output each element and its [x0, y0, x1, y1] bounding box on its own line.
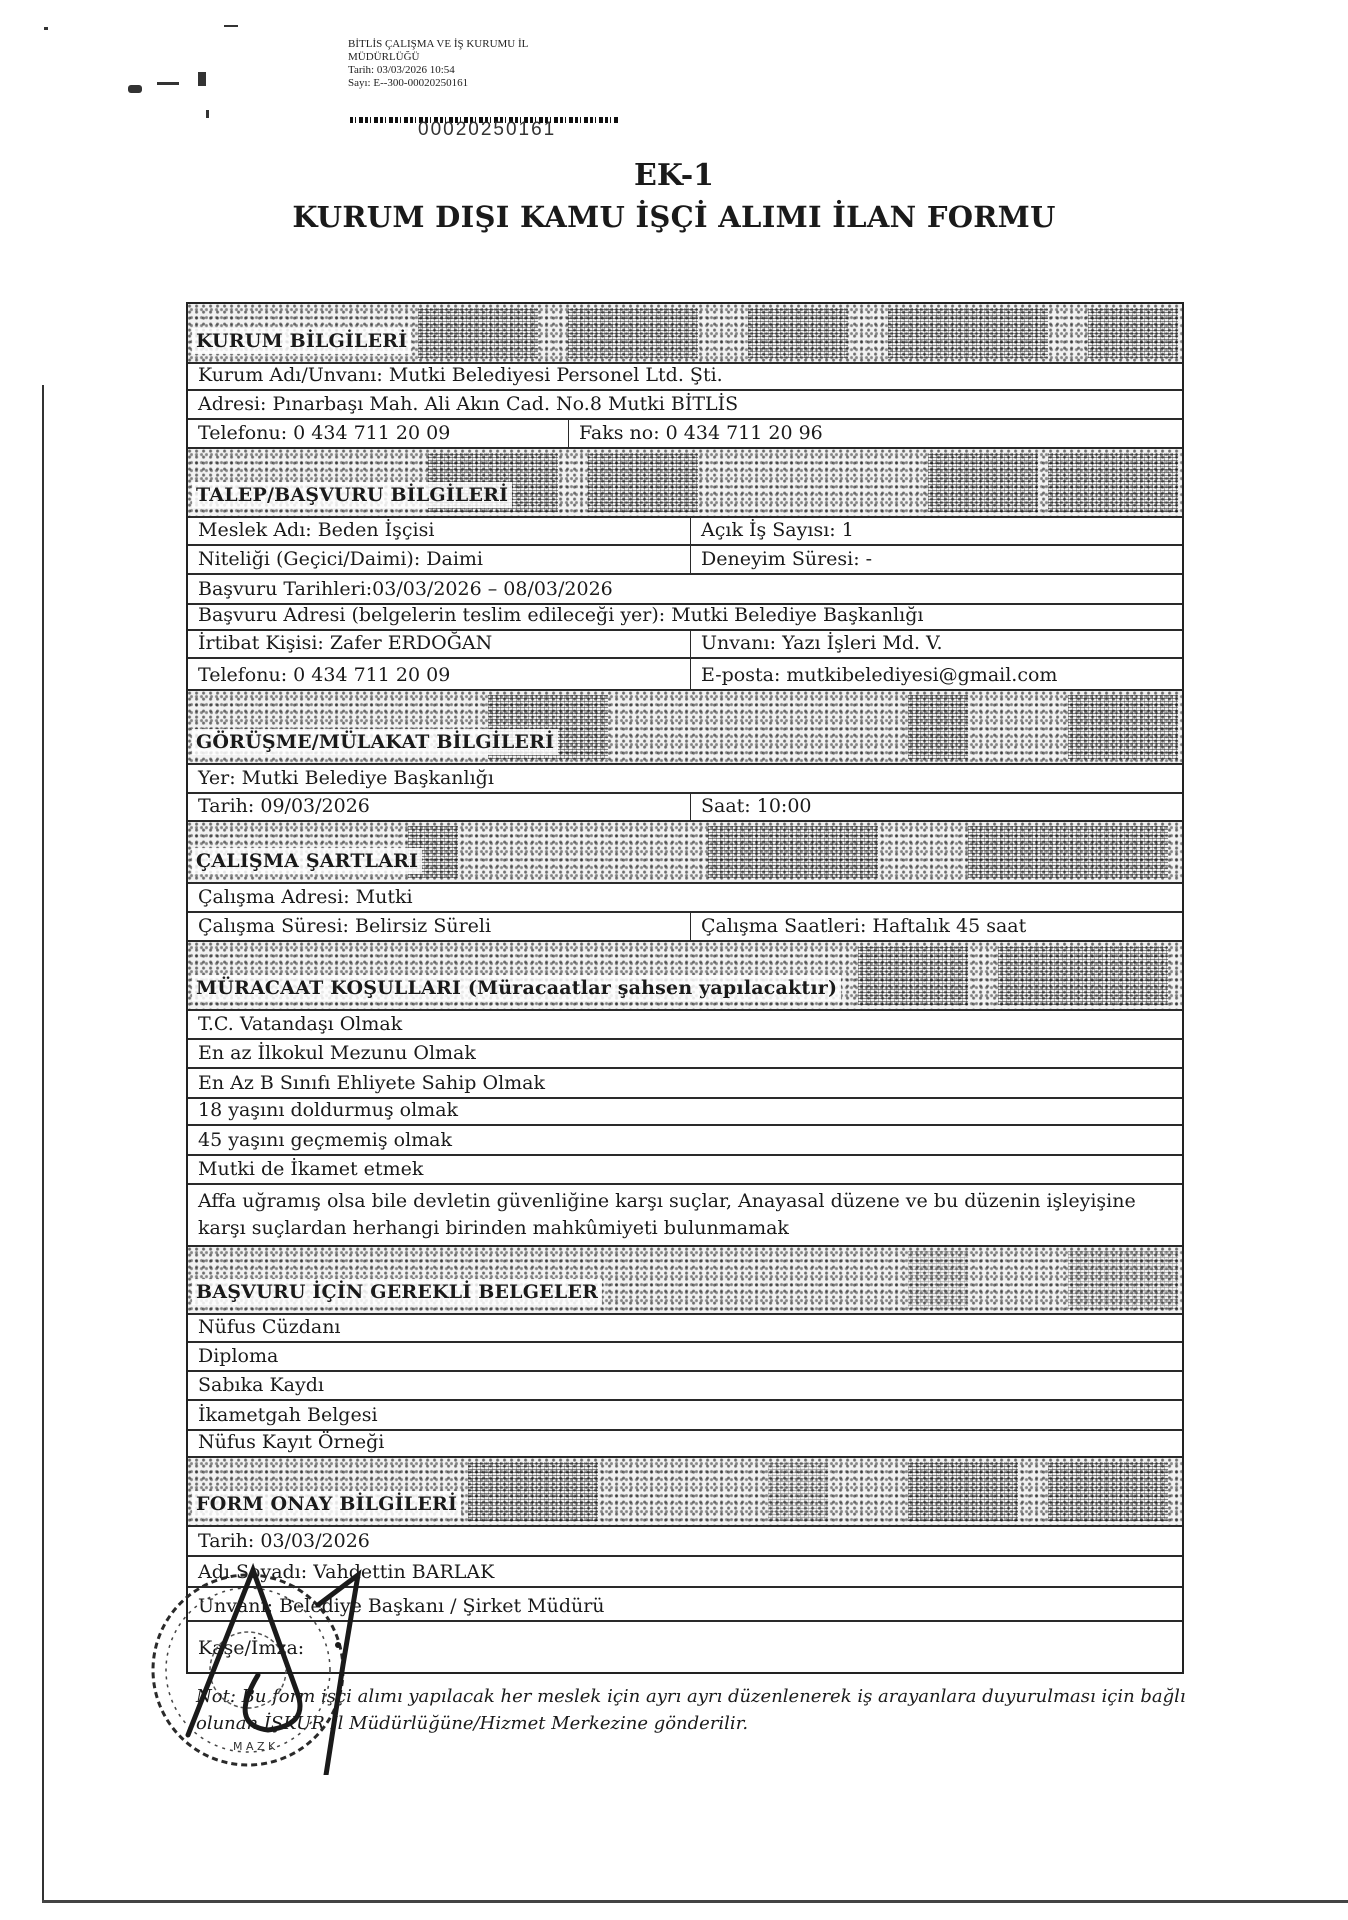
- form-row: Telefonu: 0 434 711 20 09 Faks no: 0 434…: [188, 420, 1182, 449]
- application-dates: Başvuru Tarihleri:03/03/2026 – 08/03/202…: [188, 575, 1182, 603]
- scan-mark: [224, 25, 238, 27]
- form-title: KURUM DIŞI KAMU İŞÇİ ALIMI İLAN FORMU: [0, 200, 1348, 234]
- official-seal-icon: M A Z K: [148, 1545, 378, 1775]
- interview-time: Saat: 10:00: [690, 794, 1182, 820]
- annex-title: EK-1: [0, 158, 1348, 193]
- form-row: Meslek Adı: Beden İşçisi Açık İş Sayısı:…: [188, 518, 1182, 546]
- document-item: Sabıka Kaydı: [188, 1372, 1182, 1399]
- page-border-bottom: [42, 1900, 1348, 1903]
- condition-row: 18 yaşını doldurmuş olmak: [188, 1099, 1182, 1126]
- stamp-number: Sayı: E--300-00020250161: [348, 77, 668, 90]
- open-positions: Açık İş Sayısı: 1: [690, 518, 1182, 544]
- stamp-date: Tarih: 03/03/2026 10:54: [348, 64, 668, 77]
- form-row: İrtibat Kişisi: Zafer ERDOĞAN Unvanı: Ya…: [188, 631, 1182, 659]
- scan-mark: [44, 27, 48, 30]
- document-row: Nüfus Kayıt Örneği: [188, 1431, 1182, 1458]
- section-title: BAŞVURU İÇİN GEREKLİ BELGELER: [192, 1279, 602, 1305]
- interview-date: Tarih: 09/03/2026: [188, 794, 690, 820]
- scan-mark: [157, 82, 179, 85]
- condition-row: Mutki de İkamet etmek: [188, 1156, 1182, 1185]
- institution-address: Adresi: Pınarbaşı Mah. Ali Akın Cad. No.…: [188, 391, 1182, 418]
- section-header-muracaat: MÜRACAAT KOŞULLARI (Müracaatlar şahsen y…: [188, 942, 1182, 1011]
- contact-title: Unvanı: Yazı İşleri Md. V.: [690, 631, 1182, 657]
- condition-item: T.C. Vatandaşı Olmak: [188, 1011, 1182, 1038]
- condition-item: 18 yaşını doldurmuş olmak: [188, 1099, 1182, 1124]
- condition-item: En az İlkokul Mezunu Olmak: [188, 1040, 1182, 1067]
- scan-mark: [128, 85, 142, 93]
- condition-row: En Az B Sınıfı Ehliyete Sahip Olmak: [188, 1069, 1182, 1099]
- condition-row: Affa uğramış olsa bile devletin güvenliğ…: [188, 1185, 1182, 1247]
- condition-row: T.C. Vatandaşı Olmak: [188, 1011, 1182, 1040]
- contact-email: E-posta: mutkibelediyesi@gmail.com: [690, 659, 1182, 689]
- form-row: Yer: Mutki Belediye Başkanlığı: [188, 765, 1182, 794]
- stamp-institution-line1: BİTLİS ÇALIŞMA VE İŞ KURUMU İL: [348, 38, 668, 51]
- condition-item: 45 yaşını geçmemiş olmak: [188, 1126, 1182, 1154]
- condition-row: En az İlkokul Mezunu Olmak: [188, 1040, 1182, 1069]
- section-title: KURUM BİLGİLERİ: [192, 328, 411, 354]
- document-item: Nüfus Cüzdanı: [188, 1315, 1182, 1341]
- page-border-left: [42, 385, 44, 1903]
- form-row: Başvuru Tarihleri:03/03/2026 – 08/03/202…: [188, 575, 1182, 605]
- condition-row: 45 yaşını geçmemiş olmak: [188, 1126, 1182, 1156]
- section-header-gorusme: GÖRÜŞME/MÜLAKAT BİLGİLERİ: [188, 691, 1182, 765]
- contact-phone: Telefonu: 0 434 711 20 09: [188, 659, 690, 689]
- work-hours: Çalışma Saatleri: Haftalık 45 saat: [690, 913, 1182, 940]
- document-row: Nüfus Cüzdanı: [188, 1315, 1182, 1343]
- interview-place: Yer: Mutki Belediye Başkanlığı: [188, 765, 1182, 792]
- document-item: Diploma: [188, 1343, 1182, 1370]
- form-row: Başvuru Adresi (belgelerin teslim edilec…: [188, 605, 1182, 631]
- form-row: Telefonu: 0 434 711 20 09 E-posta: mutki…: [188, 659, 1182, 691]
- form-row: Adresi: Pınarbaşı Mah. Ali Akın Cad. No.…: [188, 391, 1182, 420]
- svg-text:M A Z K: M A Z K: [233, 1740, 276, 1753]
- work-duration: Çalışma Süresi: Belirsiz Süreli: [188, 913, 690, 940]
- document-item: Nüfus Kayıt Örneği: [188, 1431, 1182, 1456]
- barcode-number: 00020250161: [418, 120, 556, 140]
- form-row: Çalışma Süresi: Belirsiz Süreli Çalışma …: [188, 913, 1182, 942]
- section-title: MÜRACAAT KOŞULLARI (Müracaatlar şahsen y…: [192, 975, 841, 1001]
- work-address: Çalışma Adresi: Mutki: [188, 884, 1182, 911]
- form-row: Tarih: 09/03/2026 Saat: 10:00: [188, 794, 1182, 822]
- document-row: Diploma: [188, 1343, 1182, 1372]
- section-header-kurum: KURUM BİLGİLERİ: [188, 304, 1182, 364]
- section-header-calisma: ÇALIŞMA ŞARTLARI: [188, 822, 1182, 884]
- form-row: Çalışma Adresi: Mutki: [188, 884, 1182, 913]
- condition-item: Affa uğramış olsa bile devletin güvenliğ…: [188, 1185, 1182, 1245]
- scan-mark: [198, 72, 206, 86]
- section-header-belgeler: BAŞVURU İÇİN GEREKLİ BELGELER: [188, 1247, 1182, 1315]
- scan-mark: [206, 110, 209, 118]
- stamp-institution-line2: MÜDÜRLÜĞÜ: [348, 51, 668, 64]
- document-item: İkametgah Belgesi: [188, 1401, 1182, 1429]
- form-table: KURUM BİLGİLERİ Kurum Adı/Unvanı: Mutki …: [186, 302, 1184, 1674]
- document-row: İkametgah Belgesi: [188, 1401, 1182, 1431]
- form-row: Kurum Adı/Unvanı: Mutki Belediyesi Perso…: [188, 364, 1182, 391]
- occupation: Meslek Adı: Beden İşçisi: [188, 518, 690, 544]
- form-row: Niteliği (Geçici/Daimi): Daimi Deneyim S…: [188, 546, 1182, 575]
- section-title: ÇALIŞMA ŞARTLARI: [192, 848, 422, 874]
- institution-fax: Faks no: 0 434 711 20 96: [568, 420, 1182, 447]
- condition-item: Mutki de İkamet etmek: [188, 1156, 1182, 1183]
- job-nature: Niteliği (Geçici/Daimi): Daimi: [188, 546, 690, 573]
- document-row: Sabıka Kaydı: [188, 1372, 1182, 1401]
- experience-duration: Deneyim Süresi: -: [690, 546, 1182, 573]
- application-address: Başvuru Adresi (belgelerin teslim edilec…: [188, 605, 1182, 629]
- contact-person: İrtibat Kişisi: Zafer ERDOĞAN: [188, 631, 690, 657]
- section-title: GÖRÜŞME/MÜLAKAT BİLGİLERİ: [192, 729, 558, 755]
- institution-name: Kurum Adı/Unvanı: Mutki Belediyesi Perso…: [188, 364, 1182, 389]
- section-header-onay: FORM ONAY BİLGİLERİ: [188, 1458, 1182, 1527]
- section-title: FORM ONAY BİLGİLERİ: [192, 1491, 461, 1517]
- condition-item: En Az B Sınıfı Ehliyete Sahip Olmak: [188, 1069, 1182, 1097]
- section-header-talep: TALEP/BAŞVURU BİLGİLERİ: [188, 449, 1182, 518]
- registry-stamp: BİTLİS ÇALIŞMA VE İŞ KURUMU İL MÜDÜRLÜĞÜ…: [348, 38, 668, 90]
- section-title: TALEP/BAŞVURU BİLGİLERİ: [192, 482, 512, 508]
